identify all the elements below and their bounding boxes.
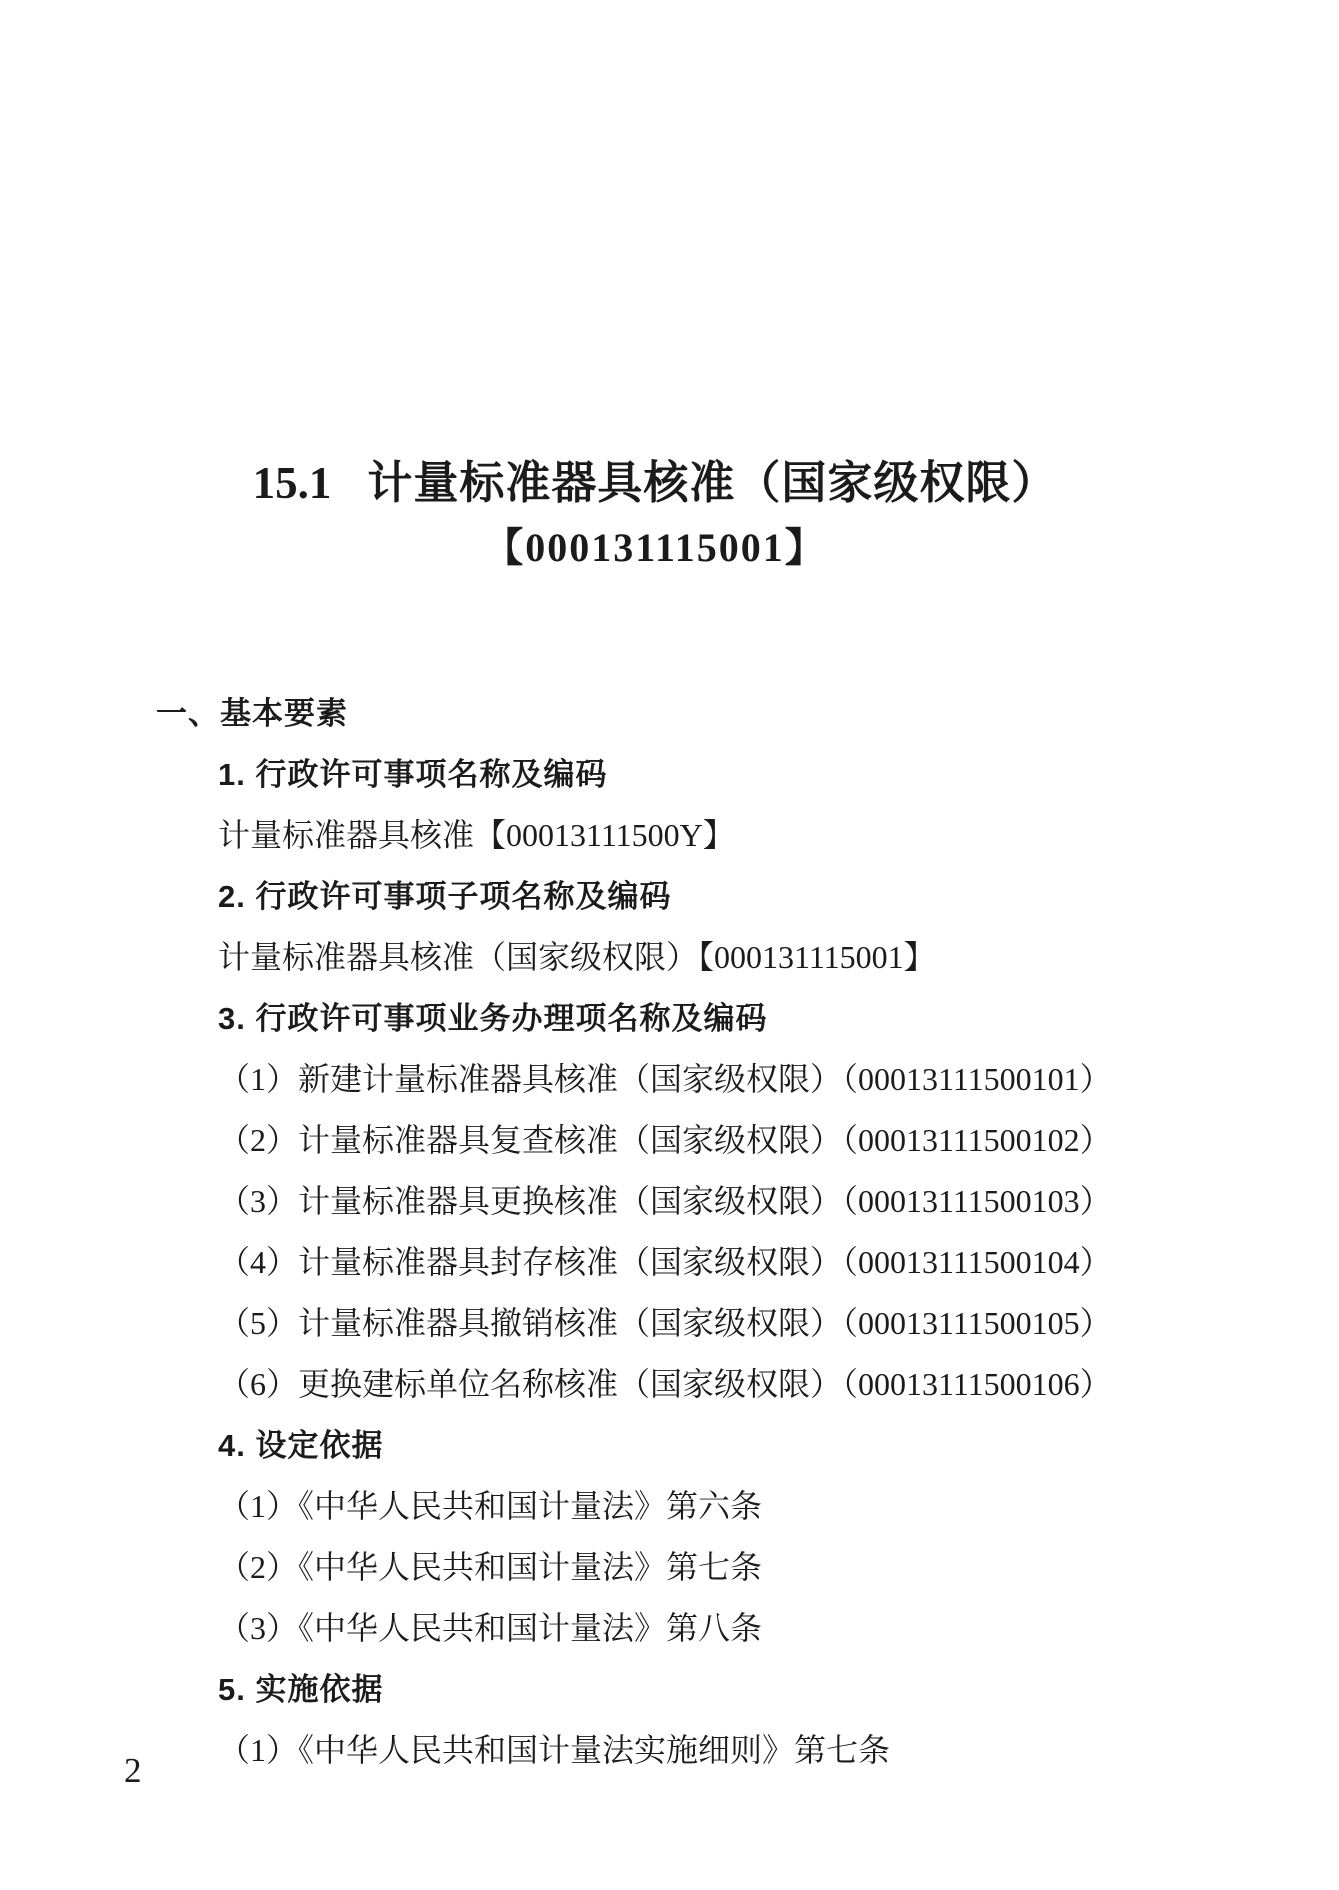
chapter-title-text: 计量标准器具核准（国家级权限） (367, 458, 1057, 508)
doc-line: （4）计量标准器具封存核准（国家级权限）（00013111500104） (156, 1232, 1236, 1293)
doc-line: 计量标准器具核准（国家级权限）【000131115001】 (156, 927, 1236, 988)
chapter-title-block: 15.1计量标准器具核准（国家级权限） 【000131115001】 (0, 452, 1310, 574)
doc-line: （1）《中华人民共和国计量法实施细则》第七条 (156, 1720, 1236, 1781)
doc-line: （3）《中华人民共和国计量法》第八条 (156, 1598, 1236, 1659)
chapter-number: 15.1 (253, 458, 332, 508)
doc-line: 5. 实施依据 (156, 1659, 1236, 1720)
section-heading: 一、基本要素 (156, 683, 1236, 744)
doc-line: 4. 设定依据 (156, 1415, 1236, 1476)
doc-line: （1）《中华人民共和国计量法》第六条 (156, 1476, 1236, 1537)
document-page: 15.1计量标准器具核准（国家级权限） 【000131115001】 一、基本要… (0, 0, 1339, 1890)
doc-line: （2）《中华人民共和国计量法》第七条 (156, 1537, 1236, 1598)
doc-line: （6）更换建标单位名称核准（国家级权限）（00013111500106） (156, 1354, 1236, 1415)
doc-line: 2. 行政许可事项子项名称及编码 (156, 866, 1236, 927)
doc-line: （5）计量标准器具撤销核准（国家级权限）（00013111500105） (156, 1293, 1236, 1354)
page-number: 2 (124, 1750, 142, 1792)
chapter-code: 【000131115001】 (0, 522, 1310, 574)
doc-line: （3）计量标准器具更换核准（国家级权限）（00013111500103） (156, 1171, 1236, 1232)
chapter-title: 15.1计量标准器具核准（国家级权限） (0, 452, 1310, 514)
doc-line: 3. 行政许可事项业务办理项名称及编码 (156, 988, 1236, 1049)
doc-line: （2）计量标准器具复查核准（国家级权限）（00013111500102） (156, 1110, 1236, 1171)
doc-line: 计量标准器具核准【00013111500Y】 (156, 805, 1236, 866)
document-body: 一、基本要素 1. 行政许可事项名称及编码 计量标准器具核准【000131115… (156, 683, 1236, 1781)
doc-line: 1. 行政许可事项名称及编码 (156, 744, 1236, 805)
doc-line: （1）新建计量标准器具核准（国家级权限）（00013111500101） (156, 1049, 1236, 1110)
